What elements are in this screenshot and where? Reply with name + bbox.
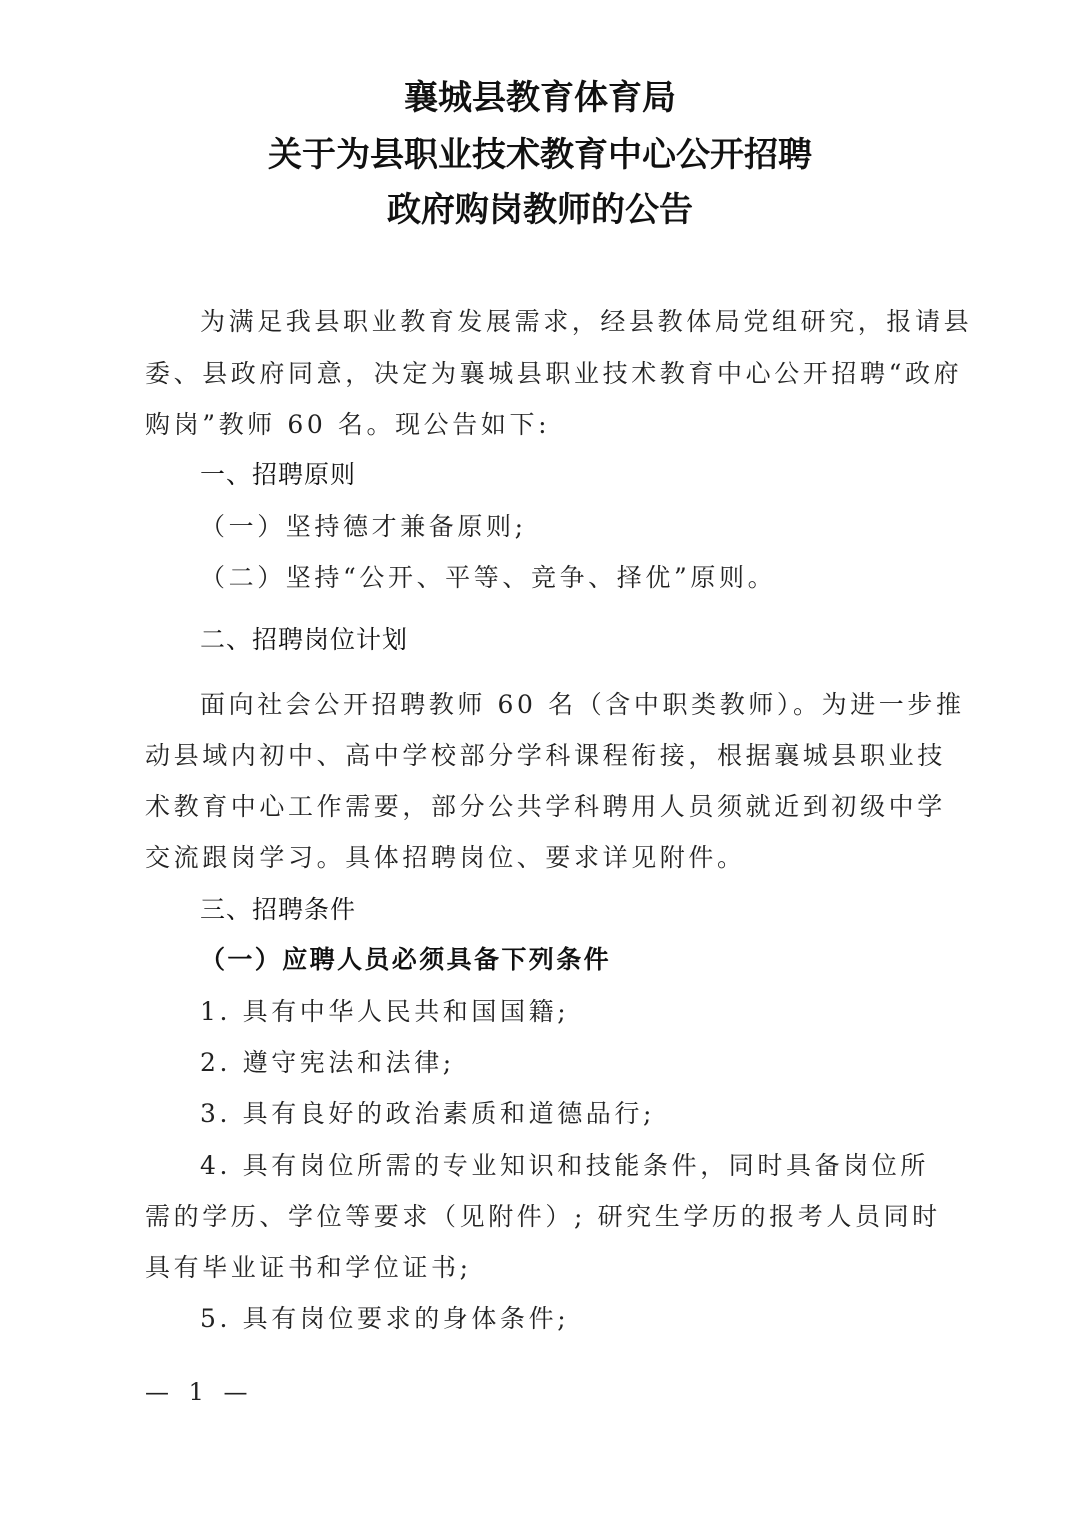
title-line-1: 襄城县教育体育局 [0,78,1080,118]
section-1-heading: 一、招聘原则 [200,458,945,492]
title-line-2: 关于为县职业技术教育中心公开招聘 [0,135,1080,175]
intro-line-1: 为满足我县职业教育发展需求，经县教体局党组研究，报请县 [200,305,945,339]
condition-item-4-line-2: 需的学历、学位等要求（见附件）; 研究生学历的报考人员同时 [145,1200,945,1234]
title-line-3: 政府购岗教师的公告 [0,190,1080,230]
condition-item-5: 5. 具有岗位要求的身体条件; [200,1302,945,1336]
section-3-subheading: （一）应聘人员必须具备下列条件 [200,943,945,977]
document-page: 襄城县教育体育局 关于为县职业技术教育中心公开招聘 政府购岗教师的公告 为满足我… [0,0,1080,1527]
condition-item-2: 2. 遵守宪法和法律; [200,1046,945,1080]
section-2-line-1: 面向社会公开招聘教师 60 名（含中职类教师）。为进一步推 [200,688,945,722]
condition-item-4-line-3: 具有毕业证书和学位证书; [145,1251,945,1285]
intro-line-3: 购岗”教师 60 名。现公告如下: [145,408,945,442]
section-1-item-2: （二）坚持“公开、平等、竞争、择优”原则。 [200,561,945,595]
section-2-line-3: 术教育中心工作需要，部分公共学科聘用人员须就近到初级中学 [145,790,945,824]
condition-item-3: 3. 具有良好的政治素质和道德品行; [200,1097,945,1131]
page-number: — 1 — [145,1378,254,1406]
condition-item-1: 1. 具有中华人民共和国国籍; [200,995,945,1029]
section-2-heading: 二、招聘岗位计划 [200,623,945,657]
section-3-heading: 三、招聘条件 [200,893,945,927]
condition-item-4-line-1: 4. 具有岗位所需的专业知识和技能条件，同时具备岗位所 [200,1149,945,1183]
section-2-line-4: 交流跟岗学习。具体招聘岗位、要求详见附件。 [145,841,945,875]
intro-line-2: 委、县政府同意，决定为襄城县职业技术教育中心公开招聘“政府 [145,357,945,391]
section-2-line-2: 动县域内初中、高中学校部分学科课程衔接，根据襄城县职业技 [145,739,945,773]
section-1-item-1: （一）坚持德才兼备原则; [200,510,945,544]
